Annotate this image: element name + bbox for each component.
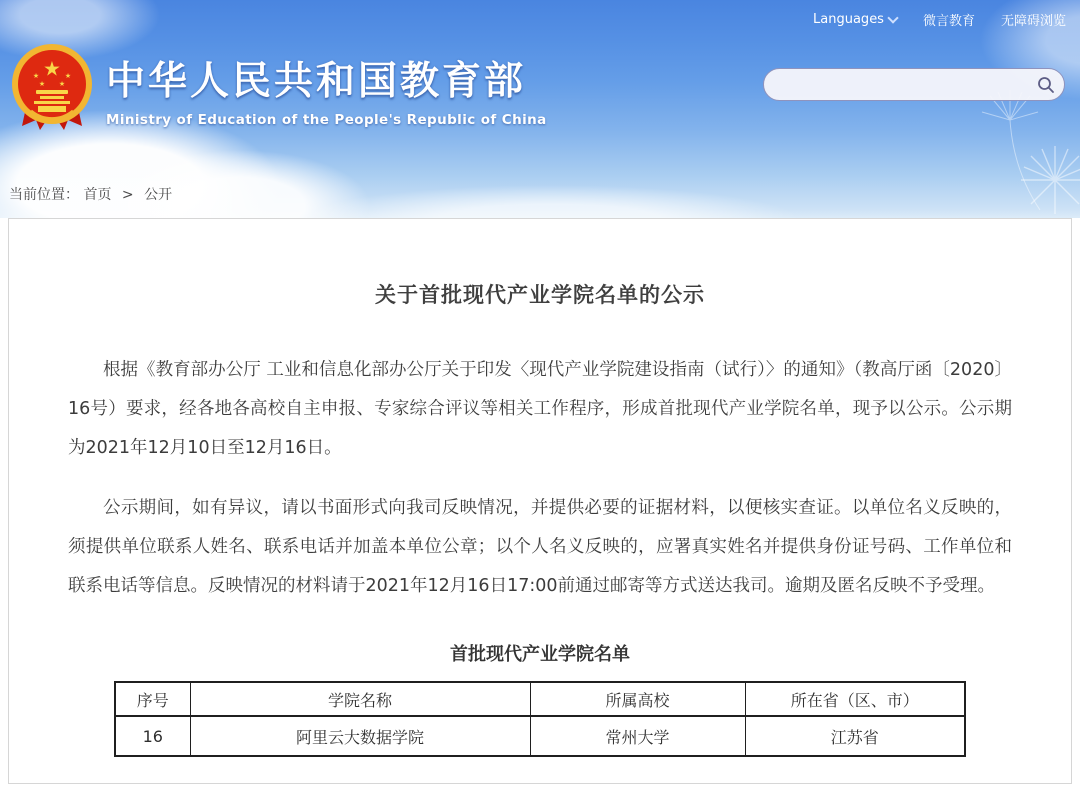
brand-text: 中华人民共和国教育部 Ministry of Education of the … <box>106 42 547 136</box>
dandelion-decoration <box>1000 125 1080 218</box>
content-card: 关于首批现代产业学院名单的公示 根据《教育部办公厅 工业和信息化部办公厅关于印发… <box>8 218 1072 784</box>
site-title: 中华人民共和国教育部 <box>106 50 547 106</box>
header-province: 所在省（区、市） <box>745 682 965 716</box>
header-serial-number: 序号 <box>115 682 190 716</box>
document-paragraph: 根据《教育部办公厅 工业和信息化部办公厅关于印发〈现代产业学院建设指南（试行）〉… <box>68 351 1012 468</box>
breadcrumb-label: 当前位置： <box>9 187 79 203</box>
site-header: Languages 微言教育 无障碍浏览 ★ ★ ★ ★ ★ <box>0 0 1080 218</box>
svg-text:★: ★ <box>59 80 65 88</box>
cell-college-name: 阿里云大数据学院 <box>190 716 530 756</box>
search-bar <box>763 68 1065 101</box>
weiyan-education-link[interactable]: 微言教育 <box>923 10 975 29</box>
cell-province: 江苏省 <box>745 716 965 756</box>
cloud-decoration <box>300 185 800 218</box>
svg-text:★: ★ <box>39 80 45 88</box>
national-emblem-icon: ★ ★ ★ ★ ★ <box>10 42 94 136</box>
top-utility-bar: Languages 微言教育 无障碍浏览 <box>813 10 1066 29</box>
languages-menu[interactable]: Languages <box>813 12 897 27</box>
languages-label: Languages <box>813 12 884 27</box>
college-list-table: 序号 学院名称 所属高校 所在省（区、市） 16 阿里云大数据学院 常州大学 江… <box>114 681 966 757</box>
document-paragraph: 公示期间，如有异议，请以书面形式向我司反映情况，并提供必要的证据材料，以便核实查… <box>68 489 1012 606</box>
cell-serial-number: 16 <box>115 716 190 756</box>
breadcrumb-section-link[interactable]: 公开 <box>144 187 172 203</box>
breadcrumb-home-link[interactable]: 首页 <box>83 187 111 203</box>
document-title: 关于首批现代产业学院名单的公示 <box>68 279 1012 309</box>
breadcrumb-separator: > <box>122 187 134 203</box>
cell-university: 常州大学 <box>530 716 745 756</box>
accessibility-link[interactable]: 无障碍浏览 <box>1001 10 1066 29</box>
site-subtitle: Ministry of Education of the People's Re… <box>106 112 547 128</box>
table-header-row: 序号 学院名称 所属高校 所在省（区、市） <box>115 682 965 716</box>
table-row: 16 阿里云大数据学院 常州大学 江苏省 <box>115 716 965 756</box>
svg-text:★: ★ <box>65 72 71 80</box>
chevron-down-icon <box>887 12 898 23</box>
header-university: 所属高校 <box>530 682 745 716</box>
header-college-name: 学院名称 <box>190 682 530 716</box>
site-brand: ★ ★ ★ ★ ★ 中华人民共和国教育部 Ministry of Educati… <box>10 42 547 136</box>
search-button[interactable] <box>1028 69 1064 100</box>
table-title: 首批现代产业学院名单 <box>68 640 1012 666</box>
breadcrumb: 当前位置： 首页 > 公开 <box>9 184 172 204</box>
search-icon <box>1037 76 1055 94</box>
svg-text:★: ★ <box>43 57 61 81</box>
svg-text:★: ★ <box>33 72 39 80</box>
search-input[interactable] <box>764 69 1028 100</box>
